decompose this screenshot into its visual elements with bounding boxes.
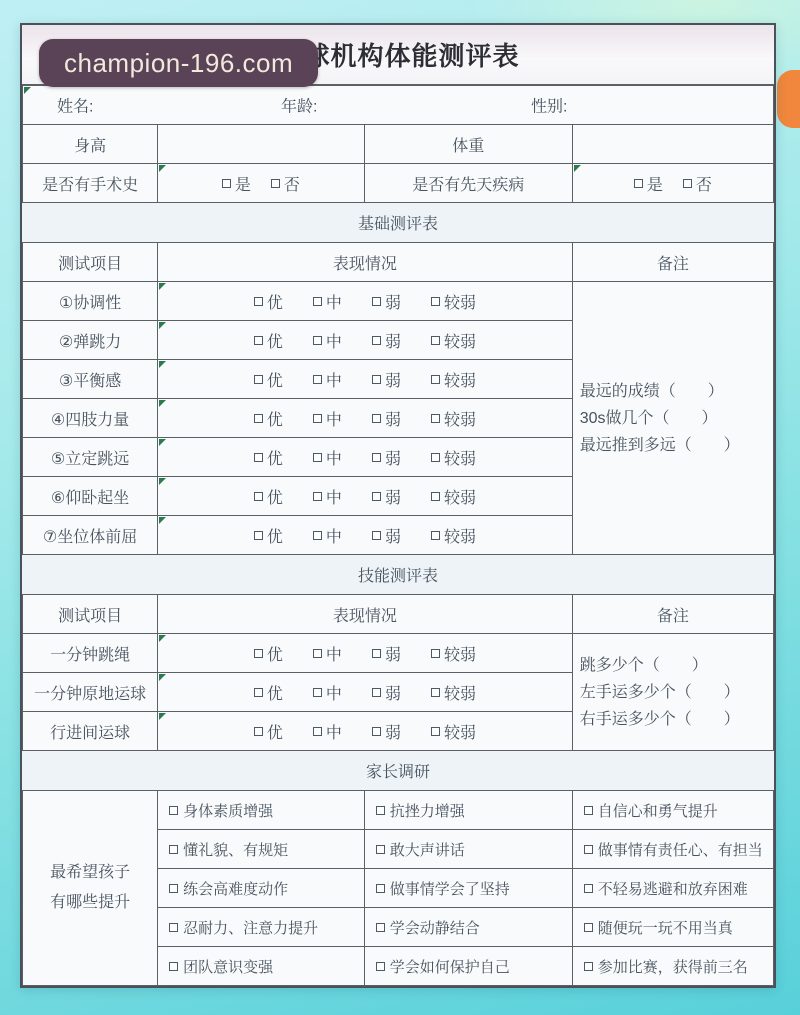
rating-label: 较弱 <box>444 290 476 313</box>
rating-label: 中 <box>326 446 342 469</box>
rating-label: 优 <box>267 642 283 665</box>
rating-option: 优 <box>254 290 283 313</box>
rating-checkbox[interactable] <box>431 453 440 462</box>
parent-option-cell: 不轻易逃避和放弃困难 <box>572 869 773 908</box>
rating-checkbox[interactable] <box>313 531 322 540</box>
rating-label: 优 <box>267 681 283 704</box>
rating-option: 中 <box>313 368 342 391</box>
parent-option-cell: 团队意识变强 <box>158 947 365 986</box>
rating-label: 优 <box>267 290 283 313</box>
congenital-answer-cell: 是 否 <box>572 164 773 203</box>
skill-note-text: 跳多少个（ ） 左手运多少个（ ） 右手运多少个（ ） <box>573 652 773 733</box>
parent-question-line: 最希望孩子 <box>23 858 157 888</box>
rating-option: 较弱 <box>431 290 476 313</box>
rating-checkbox[interactable] <box>431 531 440 540</box>
rating-label: 弱 <box>385 446 401 469</box>
basic-item-label: ⑥仰卧起坐 <box>23 477 158 516</box>
rating-option: 中 <box>313 681 342 704</box>
basic-note-text: 最远的成绩（ ） 30s做几个（ ） 最远推到多远（ ） <box>573 378 773 459</box>
rating-options: 优 中 弱 较弱 <box>158 407 572 430</box>
rating-options: 优 中 弱 较弱 <box>158 329 572 352</box>
rating-option: 较弱 <box>431 720 476 743</box>
skill-item-label: 行进间运球 <box>23 712 158 751</box>
rating-option: 中 <box>313 407 342 430</box>
no-label: 否 <box>696 172 712 195</box>
column-header-performance: 表现情况 <box>158 595 573 634</box>
note-line: 左手运多少个（ ） <box>580 679 769 706</box>
rating-label: 优 <box>267 368 283 391</box>
rating-label: 弱 <box>385 681 401 704</box>
parent-option-checkbox[interactable] <box>169 806 178 815</box>
parent-option-cell: 抗挫力增强 <box>364 791 572 830</box>
rating-option: 中 <box>313 329 342 352</box>
rating-label: 优 <box>267 524 283 547</box>
parent-option-label: 抗挫力增强 <box>390 803 465 820</box>
rating-label: 中 <box>326 329 342 352</box>
form-title-bar: champion-196.com 篮球机构体能测评表 <box>22 25 774 85</box>
rating-checkbox[interactable] <box>254 414 263 423</box>
rating-checkbox[interactable] <box>254 531 263 540</box>
parent-option-label: 身体素质增强 <box>183 803 273 820</box>
rating-cell: 优 中 弱 较弱 <box>158 634 573 673</box>
no-option: 否 <box>683 172 712 195</box>
rating-option: 弱 <box>372 642 401 665</box>
skill-item-row: 一分钟跳绳 优 中 弱 较弱 跳多少个（ ） 左手运多少个（ ） 右手运多少个（… <box>23 634 774 673</box>
rating-option: 较弱 <box>431 681 476 704</box>
rating-option: 弱 <box>372 446 401 469</box>
yes-checkbox[interactable] <box>222 179 231 188</box>
rating-checkbox[interactable] <box>372 336 381 345</box>
rating-label: 弱 <box>385 524 401 547</box>
basic-item-row: ①协调性 优 中 弱 较弱 最远的成绩（ ） 30s做几个（ ） 最远推到多远（… <box>23 282 774 321</box>
rating-label: 弱 <box>385 368 401 391</box>
no-label: 否 <box>284 172 300 195</box>
rating-options: 优 中 弱 较弱 <box>158 720 572 743</box>
rating-label: 优 <box>267 407 283 430</box>
basic-column-header-row: 测试项目 表现情况 备注 <box>23 243 774 282</box>
basic-item-label: ③平衡感 <box>23 360 158 399</box>
parent-option-checkbox[interactable] <box>169 962 178 971</box>
rating-option: 较弱 <box>431 485 476 508</box>
parent-option-label: 练会高难度动作 <box>183 881 288 898</box>
watermark-text: champion-196.com <box>64 48 293 79</box>
surgery-question-label: 是否有手术史 <box>23 164 158 203</box>
parent-option-label: 参加比赛，获得前三名 <box>598 959 748 976</box>
rating-option: 优 <box>254 368 283 391</box>
rating-option: 优 <box>254 524 283 547</box>
parent-option-label: 敢大声讲话 <box>390 842 465 859</box>
name-age-gender-row: 姓名: 年龄: 性别: <box>23 86 774 125</box>
rating-options: 优 中 弱 较弱 <box>158 524 572 547</box>
rating-label: 较弱 <box>444 446 476 469</box>
yes-label: 是 <box>235 172 251 195</box>
rating-label: 中 <box>326 407 342 430</box>
parent-option-cell: 做事情有责任心、有担当 <box>572 830 773 869</box>
weight-value-cell[interactable] <box>572 125 773 164</box>
note-line: 最远推到多远（ ） <box>580 432 769 459</box>
skill-item-label: 一分钟跳绳 <box>23 634 158 673</box>
height-weight-row: 身高 体重 <box>23 125 774 164</box>
parent-option-cell: 身体素质增强 <box>158 791 365 830</box>
rating-label: 中 <box>326 642 342 665</box>
rating-option: 中 <box>313 642 342 665</box>
parent-option-checkbox[interactable] <box>376 845 385 854</box>
page-background: champion-196.com 篮球机构体能测评表 姓名: 年龄: 性别: 身… <box>0 0 800 1015</box>
section-header-parent: 家长调研 <box>22 751 774 790</box>
parent-option-cell: 学会动静结合 <box>364 908 572 947</box>
parent-option-label: 学会动静结合 <box>390 920 480 937</box>
rating-option: 中 <box>313 524 342 547</box>
rating-checkbox[interactable] <box>254 688 263 697</box>
parent-option-checkbox[interactable] <box>584 884 593 893</box>
rating-checkbox[interactable] <box>372 375 381 384</box>
parent-option-checkbox[interactable] <box>376 962 385 971</box>
parent-survey-row: 最希望孩子 有哪些提升 身体素质增强 抗挫力增强 自信心和勇气提升 <box>23 791 774 830</box>
surgery-answer-cell: 是 否 <box>158 164 365 203</box>
rating-checkbox[interactable] <box>313 727 322 736</box>
rating-label: 较弱 <box>444 720 476 743</box>
parent-option-checkbox[interactable] <box>376 806 385 815</box>
rating-label: 弱 <box>385 720 401 743</box>
parent-option-checkbox[interactable] <box>584 962 593 971</box>
rating-label: 弱 <box>385 329 401 352</box>
yes-option: 是 <box>634 172 663 195</box>
rating-cell: 优 中 弱 较弱 <box>158 282 573 321</box>
rating-options: 优 中 弱 较弱 <box>158 485 572 508</box>
rating-option: 优 <box>254 329 283 352</box>
parent-option-cell: 学会如何保护自己 <box>364 947 572 986</box>
rating-label: 较弱 <box>444 681 476 704</box>
rating-options: 优 中 弱 较弱 <box>158 642 572 665</box>
yes-no-options: 是 否 <box>158 172 364 195</box>
parent-option-cell: 参加比赛，获得前三名 <box>572 947 773 986</box>
rating-checkbox[interactable] <box>372 297 381 306</box>
rating-option: 中 <box>313 446 342 469</box>
rating-option: 优 <box>254 485 283 508</box>
fitness-assessment-form: champion-196.com 篮球机构体能测评表 姓名: 年龄: 性别: 身… <box>20 23 776 988</box>
skill-item-label: 一分钟原地运球 <box>23 673 158 712</box>
rating-option: 弱 <box>372 485 401 508</box>
rating-checkbox[interactable] <box>254 727 263 736</box>
rating-option: 弱 <box>372 681 401 704</box>
age-label: 年龄: <box>281 94 317 117</box>
note-line: 最远的成绩（ ） <box>580 378 769 405</box>
yes-label: 是 <box>647 172 663 195</box>
rating-checkbox[interactable] <box>254 336 263 345</box>
rating-checkbox[interactable] <box>431 297 440 306</box>
rating-label: 较弱 <box>444 368 476 391</box>
basic-item-label: ⑤立定跳远 <box>23 438 158 477</box>
rating-checkbox[interactable] <box>372 453 381 462</box>
parent-option-cell: 忍耐力、注意力提升 <box>158 908 365 947</box>
parent-option-label: 自信心和勇气提升 <box>598 803 718 820</box>
rating-checkbox[interactable] <box>431 336 440 345</box>
rating-checkbox[interactable] <box>372 727 381 736</box>
rating-label: 中 <box>326 485 342 508</box>
rating-label: 优 <box>267 485 283 508</box>
skill-column-header-row: 测试项目 表现情况 备注 <box>23 595 774 634</box>
info-table: 姓名: 年龄: 性别: 身高 体重 是否有手术史 是 否 <box>22 85 774 203</box>
rating-checkbox[interactable] <box>254 492 263 501</box>
rating-cell: 优 中 弱 较弱 <box>158 399 573 438</box>
rating-option: 较弱 <box>431 368 476 391</box>
parent-option-label: 懂礼貌、有规矩 <box>183 842 288 859</box>
rating-checkbox[interactable] <box>313 688 322 697</box>
skill-assessment-table: 测试项目 表现情况 备注 一分钟跳绳 优 中 弱 较弱 跳多少个（ ） <box>22 594 774 751</box>
column-header-item: 测试项目 <box>23 595 158 634</box>
rating-label: 较弱 <box>444 329 476 352</box>
rating-option: 中 <box>313 485 342 508</box>
parent-option-cell: 练会高难度动作 <box>158 869 365 908</box>
congenital-question-label: 是否有先天疾病 <box>364 164 572 203</box>
rating-checkbox[interactable] <box>431 688 440 697</box>
rating-checkbox[interactable] <box>313 414 322 423</box>
rating-checkbox[interactable] <box>313 336 322 345</box>
weight-label: 体重 <box>364 125 572 164</box>
rating-option: 优 <box>254 681 283 704</box>
parent-option-cell: 敢大声讲话 <box>364 830 572 869</box>
rating-checkbox[interactable] <box>313 453 322 462</box>
parent-option-label: 团队意识变强 <box>183 959 273 976</box>
rating-label: 弱 <box>385 485 401 508</box>
rating-option: 较弱 <box>431 642 476 665</box>
basic-item-label: ⑦坐位体前屈 <box>23 516 158 555</box>
parent-question-label: 最希望孩子 有哪些提升 <box>23 791 158 986</box>
gender-label: 性别: <box>531 94 567 117</box>
rating-label: 弱 <box>385 290 401 313</box>
rating-checkbox[interactable] <box>372 492 381 501</box>
rating-label: 中 <box>326 681 342 704</box>
parent-option-checkbox[interactable] <box>169 845 178 854</box>
parent-option-checkbox[interactable] <box>169 923 178 932</box>
rating-checkbox[interactable] <box>254 453 263 462</box>
no-checkbox[interactable] <box>683 179 692 188</box>
rating-option: 较弱 <box>431 524 476 547</box>
parent-option-checkbox[interactable] <box>376 884 385 893</box>
rating-checkbox[interactable] <box>313 297 322 306</box>
rating-options: 优 中 弱 较弱 <box>158 446 572 469</box>
rating-cell: 优 中 弱 较弱 <box>158 673 573 712</box>
rating-cell: 优 中 弱 较弱 <box>158 712 573 751</box>
watermark-badge: champion-196.com <box>39 39 318 87</box>
rating-checkbox[interactable] <box>431 492 440 501</box>
rating-option: 弱 <box>372 368 401 391</box>
rating-label: 优 <box>267 720 283 743</box>
parent-survey-table: 最希望孩子 有哪些提升 身体素质增强 抗挫力增强 自信心和勇气提升 懂礼貌、有规… <box>22 790 774 986</box>
rating-cell: 优 中 弱 较弱 <box>158 516 573 555</box>
basic-note-cell: 最远的成绩（ ） 30s做几个（ ） 最远推到多远（ ） <box>572 282 773 555</box>
rating-option: 弱 <box>372 524 401 547</box>
rating-label: 较弱 <box>444 485 476 508</box>
rating-option: 较弱 <box>431 329 476 352</box>
parent-option-label: 做事情有责任心、有担当 <box>598 842 763 859</box>
column-header-item: 测试项目 <box>23 243 158 282</box>
rating-option: 优 <box>254 407 283 430</box>
rating-checkbox[interactable] <box>431 727 440 736</box>
rating-label: 中 <box>326 524 342 547</box>
rating-label: 中 <box>326 290 342 313</box>
parent-option-label: 学会如何保护自己 <box>390 959 510 976</box>
basic-item-label: ④四肢力量 <box>23 399 158 438</box>
rating-label: 中 <box>326 720 342 743</box>
skill-note-cell: 跳多少个（ ） 左手运多少个（ ） 右手运多少个（ ） <box>572 634 773 751</box>
parent-option-label: 随便玩一玩不用当真 <box>598 920 733 937</box>
rating-label: 弱 <box>385 407 401 430</box>
no-option: 否 <box>271 172 300 195</box>
parent-option-checkbox[interactable] <box>376 923 385 932</box>
rating-checkbox[interactable] <box>372 414 381 423</box>
rating-option: 优 <box>254 446 283 469</box>
rating-cell: 优 中 弱 较弱 <box>158 477 573 516</box>
no-checkbox[interactable] <box>271 179 280 188</box>
yes-checkbox[interactable] <box>634 179 643 188</box>
rating-label: 较弱 <box>444 407 476 430</box>
rating-checkbox[interactable] <box>313 649 322 658</box>
rating-checkbox[interactable] <box>431 414 440 423</box>
name-age-gender-cell: 姓名: 年龄: 性别: <box>23 86 774 125</box>
rating-option: 中 <box>313 720 342 743</box>
rating-checkbox[interactable] <box>372 649 381 658</box>
rating-option: 优 <box>254 720 283 743</box>
column-header-performance: 表现情况 <box>158 243 573 282</box>
rating-cell: 优 中 弱 较弱 <box>158 360 573 399</box>
parent-option-checkbox[interactable] <box>584 806 593 815</box>
basic-item-label: ①协调性 <box>23 282 158 321</box>
medical-history-row: 是否有手术史 是 否 是否有先天疾病 是 否 <box>23 164 774 203</box>
rating-label: 中 <box>326 368 342 391</box>
rating-cell: 优 中 弱 较弱 <box>158 321 573 360</box>
rating-checkbox[interactable] <box>313 375 322 384</box>
height-value-cell[interactable] <box>158 125 365 164</box>
rating-label: 较弱 <box>444 642 476 665</box>
section-header-basic: 基础测评表 <box>22 203 774 242</box>
rating-option: 弱 <box>372 290 401 313</box>
rating-checkbox[interactable] <box>431 375 440 384</box>
parent-option-checkbox[interactable] <box>584 923 593 932</box>
rating-option: 优 <box>254 642 283 665</box>
basic-assessment-table: 测试项目 表现情况 备注 ①协调性 优 中 弱 较弱 最远的成绩（ ） <box>22 242 774 555</box>
height-label: 身高 <box>23 125 158 164</box>
parent-option-cell: 随便玩一玩不用当真 <box>572 908 773 947</box>
rating-options: 优 中 弱 较弱 <box>158 368 572 391</box>
rating-option: 弱 <box>372 329 401 352</box>
parent-option-checkbox[interactable] <box>584 845 593 854</box>
parent-option-label: 不轻易逃避和放弃困难 <box>598 881 748 898</box>
rating-checkbox[interactable] <box>313 492 322 501</box>
parent-option-cell: 做事情学会了坚持 <box>364 869 572 908</box>
rating-label: 优 <box>267 329 283 352</box>
rating-option: 中 <box>313 290 342 313</box>
parent-question-line: 有哪些提升 <box>23 888 157 918</box>
yes-option: 是 <box>222 172 251 195</box>
rating-label: 弱 <box>385 642 401 665</box>
parent-option-cell: 自信心和勇气提升 <box>572 791 773 830</box>
rating-checkbox[interactable] <box>372 688 381 697</box>
orange-decoration <box>777 70 800 128</box>
note-line: 右手运多少个（ ） <box>580 706 769 733</box>
parent-question-text: 最希望孩子 有哪些提升 <box>23 858 157 918</box>
yes-no-options: 是 否 <box>573 172 773 195</box>
rating-checkbox[interactable] <box>431 649 440 658</box>
basic-item-label: ②弹跳力 <box>23 321 158 360</box>
column-header-note: 备注 <box>572 243 773 282</box>
rating-checkbox[interactable] <box>254 375 263 384</box>
rating-options: 优 中 弱 较弱 <box>158 290 572 313</box>
rating-option: 较弱 <box>431 407 476 430</box>
note-line: 30s做几个（ ） <box>580 405 769 432</box>
parent-option-label: 做事情学会了坚持 <box>390 881 510 898</box>
rating-cell: 优 中 弱 较弱 <box>158 438 573 477</box>
parent-option-label: 忍耐力、注意力提升 <box>183 920 318 937</box>
column-header-note: 备注 <box>572 595 773 634</box>
rating-label: 较弱 <box>444 524 476 547</box>
rating-option: 较弱 <box>431 446 476 469</box>
parent-option-cell: 懂礼貌、有规矩 <box>158 830 365 869</box>
rating-options: 优 中 弱 较弱 <box>158 681 572 704</box>
note-line: 跳多少个（ ） <box>580 652 769 679</box>
parent-option-checkbox[interactable] <box>169 884 178 893</box>
section-header-skill: 技能测评表 <box>22 555 774 594</box>
rating-checkbox[interactable] <box>372 531 381 540</box>
name-label: 姓名: <box>57 94 93 117</box>
rating-option: 弱 <box>372 407 401 430</box>
rating-label: 优 <box>267 446 283 469</box>
rating-checkbox[interactable] <box>254 297 263 306</box>
rating-option: 弱 <box>372 720 401 743</box>
rating-checkbox[interactable] <box>254 649 263 658</box>
